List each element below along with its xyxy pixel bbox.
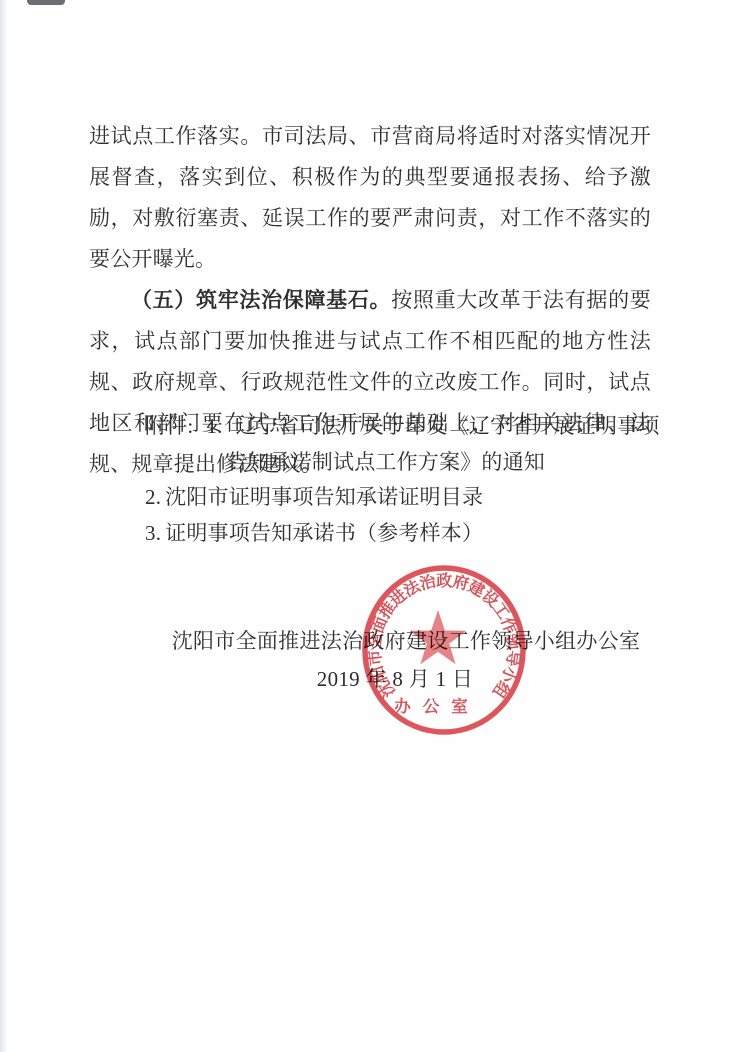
seal-bottom-text: 办公室: [394, 696, 480, 716]
body-paragraph: 进试点工作落实。市司法局、市营商局将适时对落实情况开展督查，落实到位、积极作为的…: [89, 116, 651, 280]
document-page: 进试点工作落实。市司法局、市营商局将适时对落实情况开展督查，落实到位、积极作为的…: [0, 0, 744, 1052]
attachment-item: 3.证明事项告知承诺书（参考样本）: [145, 516, 670, 552]
paragraph-text: 进试点工作落实。市司法局、市营商局将适时对落实情况开展督查，落实到位、积极作为的…: [89, 124, 651, 271]
attachment-title: 辽宁省司法厅关于印发《辽宁省开展证明事项告知承诺制试点工作方案》的通知: [227, 414, 660, 474]
scan-artifact: [27, 0, 65, 5]
attachment-number: 2.: [145, 485, 161, 509]
attachment-item: 附件:1.辽宁省司法厅关于印发《辽宁省开展证明事项告知承诺制试点工作方案》的通知: [145, 409, 670, 480]
seal-star-icon: [410, 610, 467, 664]
official-seal: 沈阳市全面推进法治政府建设工作领导小组 办公室: [361, 564, 529, 738]
paragraph-heading: （五）筑牢法治保障基石。: [131, 288, 391, 312]
attachment-title: 沈阳市证明事项告知承诺证明目录: [165, 485, 483, 509]
attachment-item: 2.沈阳市证明事项告知承诺证明目录: [145, 480, 670, 516]
attachments-label: 附件:: [145, 414, 193, 438]
attachment-number: 3.: [145, 521, 161, 545]
attachments-block: 附件:1.辽宁省司法厅关于印发《辽宁省开展证明事项告知承诺制试点工作方案》的通知…: [145, 409, 670, 551]
attachment-title: 证明事项告知承诺书（参考样本）: [165, 521, 483, 545]
attachment-number: 1.: [206, 414, 222, 438]
scan-edge-shadow: [0, 0, 7, 1052]
